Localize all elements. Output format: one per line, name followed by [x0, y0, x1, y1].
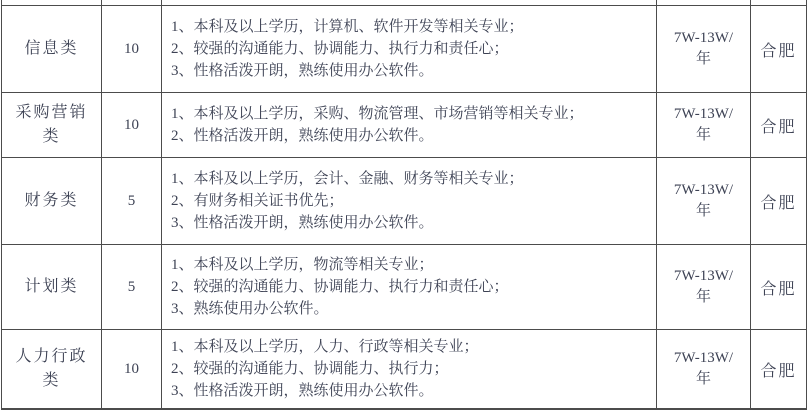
- salary-cell: 7W-13W/年: [657, 158, 751, 245]
- table-row: 采购营销类 10 1、本科及以上学历，采购、物流管理、市场营销等相关专业；2、性…: [2, 93, 807, 158]
- table-row: 财务类 5 1、本科及以上学历，会计、金融、财务等相关专业；2、有财务相关证书优…: [2, 158, 807, 245]
- requirement-line: 2、较强的沟通能力、协调能力、执行力和责任心；: [171, 38, 650, 60]
- requirement-line: 3、熟练使用办公软件。: [171, 298, 650, 320]
- headcount-cell: 5: [102, 158, 162, 245]
- salary-cell: 7W-13W/年: [657, 6, 751, 93]
- category-cell: 计划类: [2, 245, 102, 330]
- location-cell: 合肥: [751, 245, 807, 330]
- requirements-cell: 1、本科及以上学历，采购、物流管理、市场营销等相关专业；2、性格活泼开朗，熟练使…: [162, 93, 657, 158]
- location-cell: 合肥: [751, 330, 807, 410]
- table-row: 信息类 10 1、本科及以上学历，计算机、软件开发等相关专业；2、较强的沟通能力…: [2, 6, 807, 93]
- location-cell: 合肥: [751, 93, 807, 158]
- salary-line: 年: [663, 287, 744, 308]
- category-cell: 信息类: [2, 6, 102, 93]
- salary-cell: 7W-13W/年: [657, 93, 751, 158]
- table-row: 人力行政类 10 1、本科及以上学历，人力、行政等相关专业；2、较强的沟通能力、…: [2, 330, 807, 410]
- salary-cell: 7W-13W/年: [657, 245, 751, 330]
- requirement-line: 3、性格活泼开朗，熟练使用办公软件。: [171, 60, 650, 82]
- requirement-line: 1、本科及以上学历，人力、行政等相关专业；: [171, 336, 650, 358]
- salary-line: 7W-13W/: [663, 348, 744, 369]
- salary-line: 7W-13W/: [663, 28, 744, 49]
- requirements-cell: 1、本科及以上学历，会计、金融、财务等相关专业；2、有财务相关证书优先；3、性格…: [162, 158, 657, 245]
- requirement-line: 1、本科及以上学历，采购、物流管理、市场营销等相关专业；: [171, 103, 650, 125]
- requirements-cell: 1、本科及以上学历，人力、行政等相关专业；2、较强的沟通能力、协调能力、执行力；…: [162, 330, 657, 410]
- location-cell: 合肥: [751, 6, 807, 93]
- location-cell: 合肥: [751, 158, 807, 245]
- salary-line: 年: [663, 201, 744, 222]
- requirement-line: 2、较强的沟通能力、协调能力、执行力和责任心；: [171, 276, 650, 298]
- requirement-line: 2、有财务相关证书优先；: [171, 190, 650, 212]
- headcount-cell: 10: [102, 93, 162, 158]
- salary-line: 年: [663, 369, 744, 390]
- requirement-line: 2、较强的沟通能力、协调能力、执行力；: [171, 358, 650, 380]
- requirement-line: 1、本科及以上学历，物流等相关专业；: [171, 254, 650, 276]
- salary-line: 7W-13W/: [663, 104, 744, 125]
- category-cell: 财务类: [2, 158, 102, 245]
- salary-cell: 7W-13W/年: [657, 330, 751, 410]
- requirement-line: 2、性格活泼开朗，熟练使用办公软件。: [171, 125, 650, 147]
- salary-line: 年: [663, 49, 744, 70]
- recruitment-table-body: 信息类 10 1、本科及以上学历，计算机、软件开发等相关专业；2、较强的沟通能力…: [2, 0, 807, 409]
- requirement-line: 1、本科及以上学历，会计、金融、财务等相关专业；: [171, 168, 650, 190]
- table-row: 计划类 5 1、本科及以上学历，物流等相关专业；2、较强的沟通能力、协调能力、执…: [2, 245, 807, 330]
- salary-line: 年: [663, 125, 744, 146]
- requirements-cell: 1、本科及以上学历，物流等相关专业；2、较强的沟通能力、协调能力、执行力和责任心…: [162, 245, 657, 330]
- requirements-cell: 1、本科及以上学历，计算机、软件开发等相关专业；2、较强的沟通能力、协调能力、执…: [162, 6, 657, 93]
- category-cell: 采购营销类: [2, 93, 102, 158]
- requirement-line: 3、性格活泼开朗，熟练使用办公软件。: [171, 380, 650, 402]
- salary-line: 7W-13W/: [663, 180, 744, 201]
- headcount-cell: 5: [102, 245, 162, 330]
- category-cell: 人力行政类: [2, 330, 102, 410]
- headcount-cell: 10: [102, 330, 162, 410]
- requirement-line: 3、性格活泼开朗，熟练使用办公软件。: [171, 212, 650, 234]
- headcount-cell: 10: [102, 6, 162, 93]
- salary-line: 7W-13W/: [663, 266, 744, 287]
- requirement-line: 1、本科及以上学历，计算机、软件开发等相关专业；: [171, 16, 650, 38]
- recruitment-table: 信息类 10 1、本科及以上学历，计算机、软件开发等相关专业；2、较强的沟通能力…: [1, 0, 807, 410]
